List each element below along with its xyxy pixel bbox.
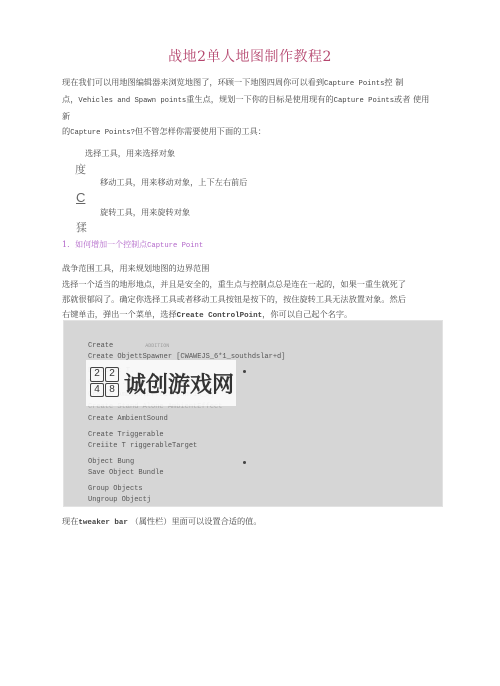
instructions-text: 选择一个适当的地形地点，并且是安全的，重生点与控制点总是连在一起的，如果一重生就… [62,277,440,292]
move-tool-description: 移动工具，用来移动对象，上下左右前后 [100,177,247,188]
logo-digit: 2 [105,367,119,382]
menu-item-save-object-bundle[interactable]: Save Object Bundle [88,469,164,477]
instructions-text: 右键单击，弹出一个菜单，选择 [62,309,177,319]
watermark-logo-icon: 2 2 4 8 [90,367,120,397]
instructions-text: 那就很郁闷了。确定你选择工具或者移动工具按钮是按下的，按住旋转工具无法放置对象。… [62,292,440,307]
watermark: 2 2 4 8 诚创游戏网 [86,360,236,406]
create-controlpoint-term: Create ControlPoint [177,312,263,320]
intro-text: 控 制 [384,77,403,87]
rotate-tool-icon: 猱 [76,219,87,235]
intro-text: 现在我们可以用地图编辑器来浏览地图了，环顾一下地图四周你可以看到 [62,77,324,87]
intro-text: 但不管怎样你需要使用下面的工具： [135,126,266,136]
select-tool-description: 选择工具，用来选择对象 [85,148,175,159]
footer-paragraph: 现在tweaker bar （属性栏）里面可以设置合适的值。 [62,514,440,531]
intro-text: 的 [62,126,70,136]
page-title: 战地2单人地图制作教程2 [0,46,500,66]
menu-item-create-triggerabletarget[interactable]: Creiite T riggerableTarget [88,442,197,450]
menu-item-object-bundle[interactable]: Object Bung [88,458,134,466]
menu-item-ungroup-objects[interactable]: Ungroup Objectj [88,496,151,504]
submenu-bullet-icon [243,461,246,464]
intro-term: Vehicles and Spawn points [78,97,186,105]
move-tool-icon: C [76,190,85,205]
logo-digit: 2 [90,367,104,382]
instructions-text: ，你可以自己起个名字。 [262,309,352,319]
menu-item-label: Create [88,342,113,350]
menu-item-group-objects[interactable]: Group Objects [88,485,143,493]
footer-text: （属性栏）里面可以设置合适的值。 [128,516,262,526]
logo-digit: 4 [90,383,104,398]
intro-text: 重生点，规划一下你的目标是使用现有的 [186,94,333,104]
menu-item-tag: ADDITION [145,343,169,349]
instructions-paragraph: 选择一个适当的地形地点，并且是安全的，重生点与控制点总是连在一起的，如果一重生就… [62,277,440,324]
intro-term: Capture Points [324,80,384,88]
intro-term: Capture Points? [70,129,135,137]
battle-area-tool-description: 战争范围工具，用来规划地图的边界范围 [62,261,440,276]
intro-paragraph: 现在我们可以用地图编辑器来浏览地图了，环顾一下地图四周你可以看到Capture … [62,75,440,141]
submenu-bullet-icon [243,370,246,373]
intro-term: Capture Points [334,97,394,105]
footer-text: 现在 [62,516,78,526]
intro-text: 点， [62,94,78,104]
section-heading-text: ．如何增加一个控制点 [67,240,147,249]
watermark-text: 诚创游戏网 [124,368,234,399]
menu-item-create[interactable]: CreateADDITION [88,342,169,350]
select-tool-icon: 度 [75,161,86,177]
section-heading: 1．如何增加一个控制点Capture Point [62,239,203,250]
context-menu-screenshot: CreateADDITION Create ObjettSpawner [CWA… [63,320,443,507]
tweaker-bar-term: tweaker bar [78,519,128,527]
logo-digit: 8 [105,383,119,398]
menu-item-create-triggerable[interactable]: Create Triggerable [88,431,164,439]
section-heading-term: Capture Point [147,242,203,250]
rotate-tool-description: 旋转工具，用来旋转对象 [100,207,190,218]
menu-item-create-ambientsound[interactable]: Create AmbientSound [88,415,168,423]
